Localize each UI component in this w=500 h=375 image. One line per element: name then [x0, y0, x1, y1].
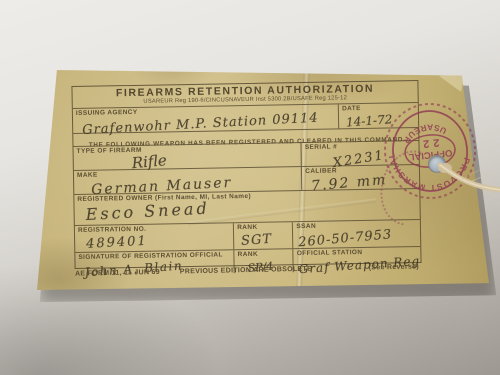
- registration-no-cell: REGISTRATION NO. 489401: [75, 223, 234, 252]
- type-of-firearm-label: TYPE OF FIREARM: [77, 144, 301, 155]
- registration-no-value: 489401: [86, 234, 148, 252]
- photo-scene: FIREARMS RETENTION AUTHORIZATION USAREUR…: [0, 0, 500, 375]
- rank-label: RANK: [237, 223, 292, 231]
- corner-bend: [439, 72, 465, 92]
- registration-no-label: REGISTRATION NO.: [78, 224, 233, 234]
- registered-owner-cell: REGISTERED OWNER (First Name, MI, Last N…: [74, 189, 419, 225]
- make-cell: MAKE German Mauser: [74, 167, 302, 194]
- type-of-firearm-cell: TYPE OF FIREARM Rifle: [73, 143, 301, 170]
- rank-cell: RANK SGT: [233, 222, 293, 249]
- registered-owner-value: Esco Snead: [85, 198, 210, 223]
- form-table: FIREARMS RETENTION AUTHORIZATION USAREUR…: [71, 80, 421, 269]
- rank-value: SGT: [241, 232, 273, 249]
- official-rank-label: RANK: [238, 250, 293, 258]
- issuing-agency-cell: ISSUING AGENCY Grafenwohr M.P. Station 0…: [73, 104, 339, 133]
- grommet-hole: [428, 155, 446, 173]
- official-stamp: PROVOST MARSHAL USAREUR OFFICIAL 22: [376, 94, 484, 207]
- see-reverse-note: (See Reverse): [369, 263, 419, 271]
- stamp-center-number: 22: [419, 136, 440, 150]
